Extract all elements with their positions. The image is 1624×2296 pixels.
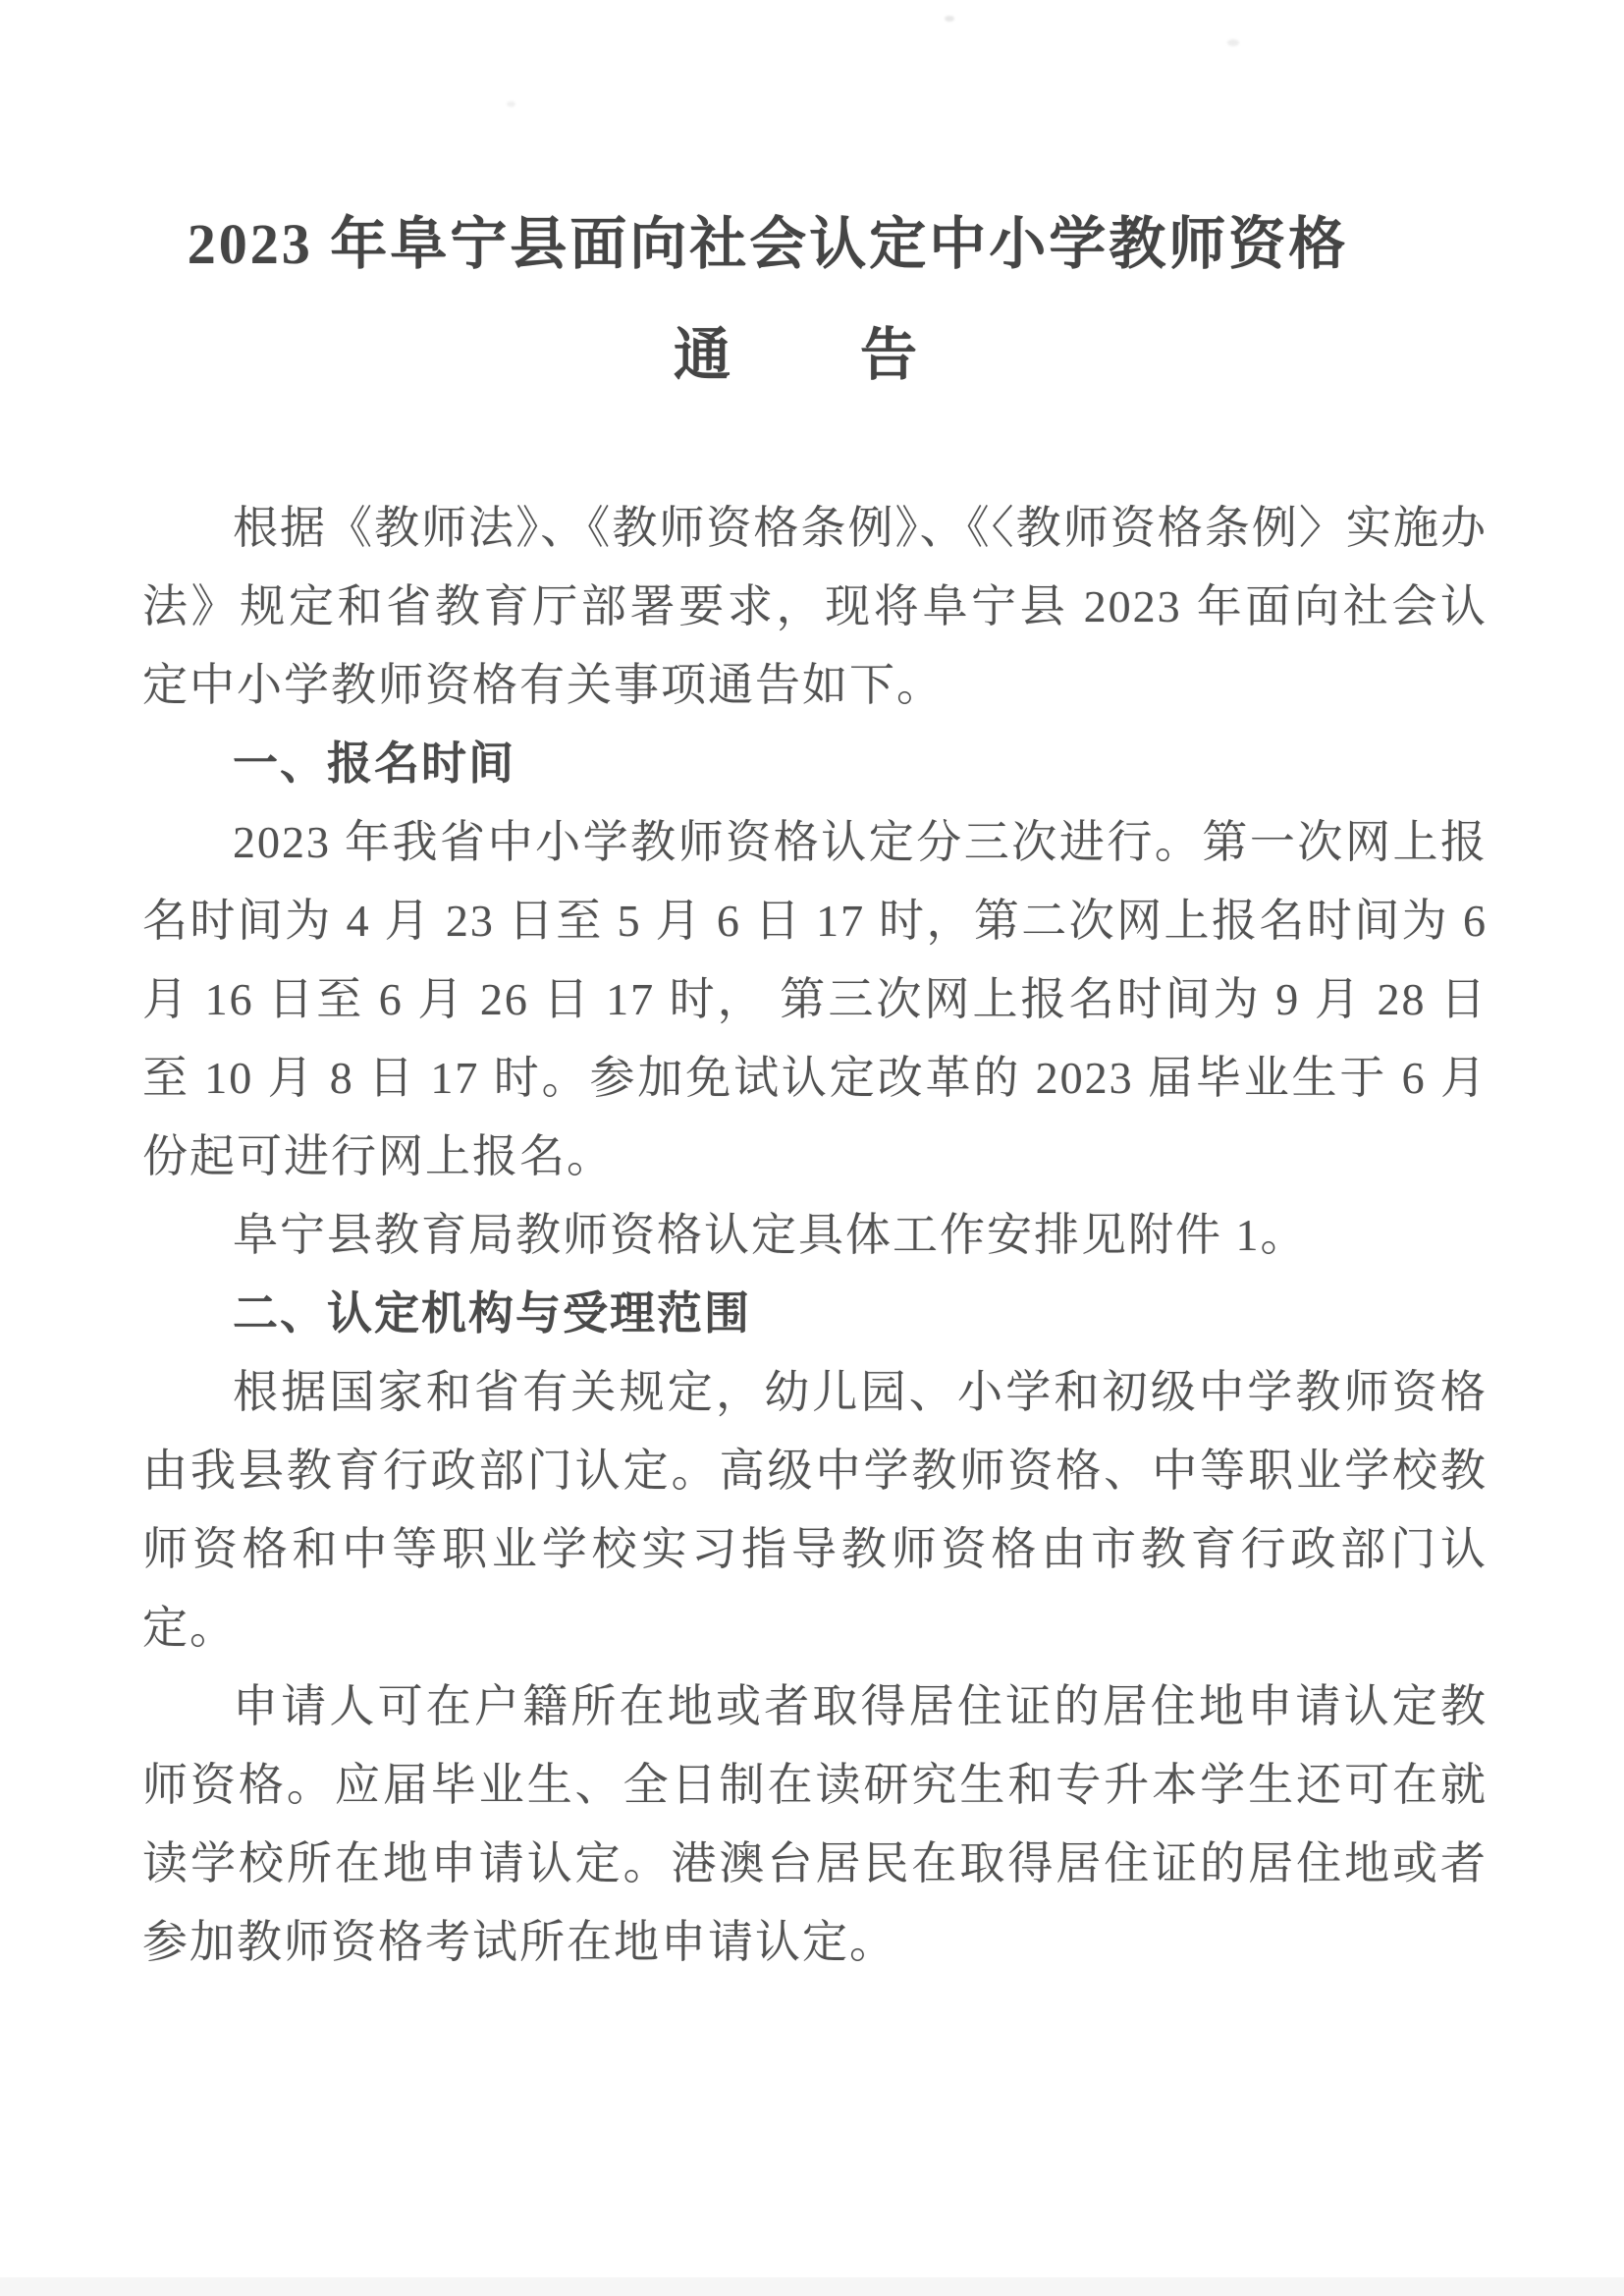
paragraph-intro: 根据《教师法》、《教师资格条例》、《〈教师资格条例〉实施办法》规定和省教育厅部署… — [142, 489, 1488, 725]
paragraph-attachment-note: 阜宁县教育局教师资格认定具体工作安排见附件 1。 — [142, 1196, 1488, 1275]
title-char-gao: 告 — [860, 310, 917, 401]
paragraph-application-location: 申请人可在户籍所在地或者取得居住证的居住地申请认定教师资格。应届毕业生、全日制在… — [142, 1667, 1488, 1982]
document-content: 2023 年阜宁县面向社会认定中小学教师资格 通 告 根据《教师法》、《教师资格… — [142, 0, 1488, 2296]
title-char-tong: 通 — [674, 310, 731, 401]
section-heading-1: 一、报名时间 — [142, 725, 1488, 803]
page-bottom-shade — [0, 2277, 1624, 2296]
document-title-line1: 2023 年阜宁县面向社会认定中小学教师资格 — [95, 199, 1440, 290]
paragraph-registration-times: 2023 年我省中小学教师资格认定分三次进行。第一次网上报名时间为 4 月 23… — [142, 803, 1488, 1196]
document-page: 2023 年阜宁县面向社会认定中小学教师资格 通 告 根据《教师法》、《教师资格… — [0, 0, 1624, 2296]
paragraph-authority-scope: 根据国家和省有关规定，幼儿园、小学和初级中学教师资格由我县教育行政部门认定。高级… — [142, 1353, 1488, 1667]
document-body: 根据《教师法》、《教师资格条例》、《〈教师资格条例〉实施办法》规定和省教育厅部署… — [142, 489, 1488, 1982]
document-title-line2: 通 告 — [123, 310, 1468, 401]
section-heading-2: 二、认定机构与受理范围 — [142, 1275, 1488, 1353]
